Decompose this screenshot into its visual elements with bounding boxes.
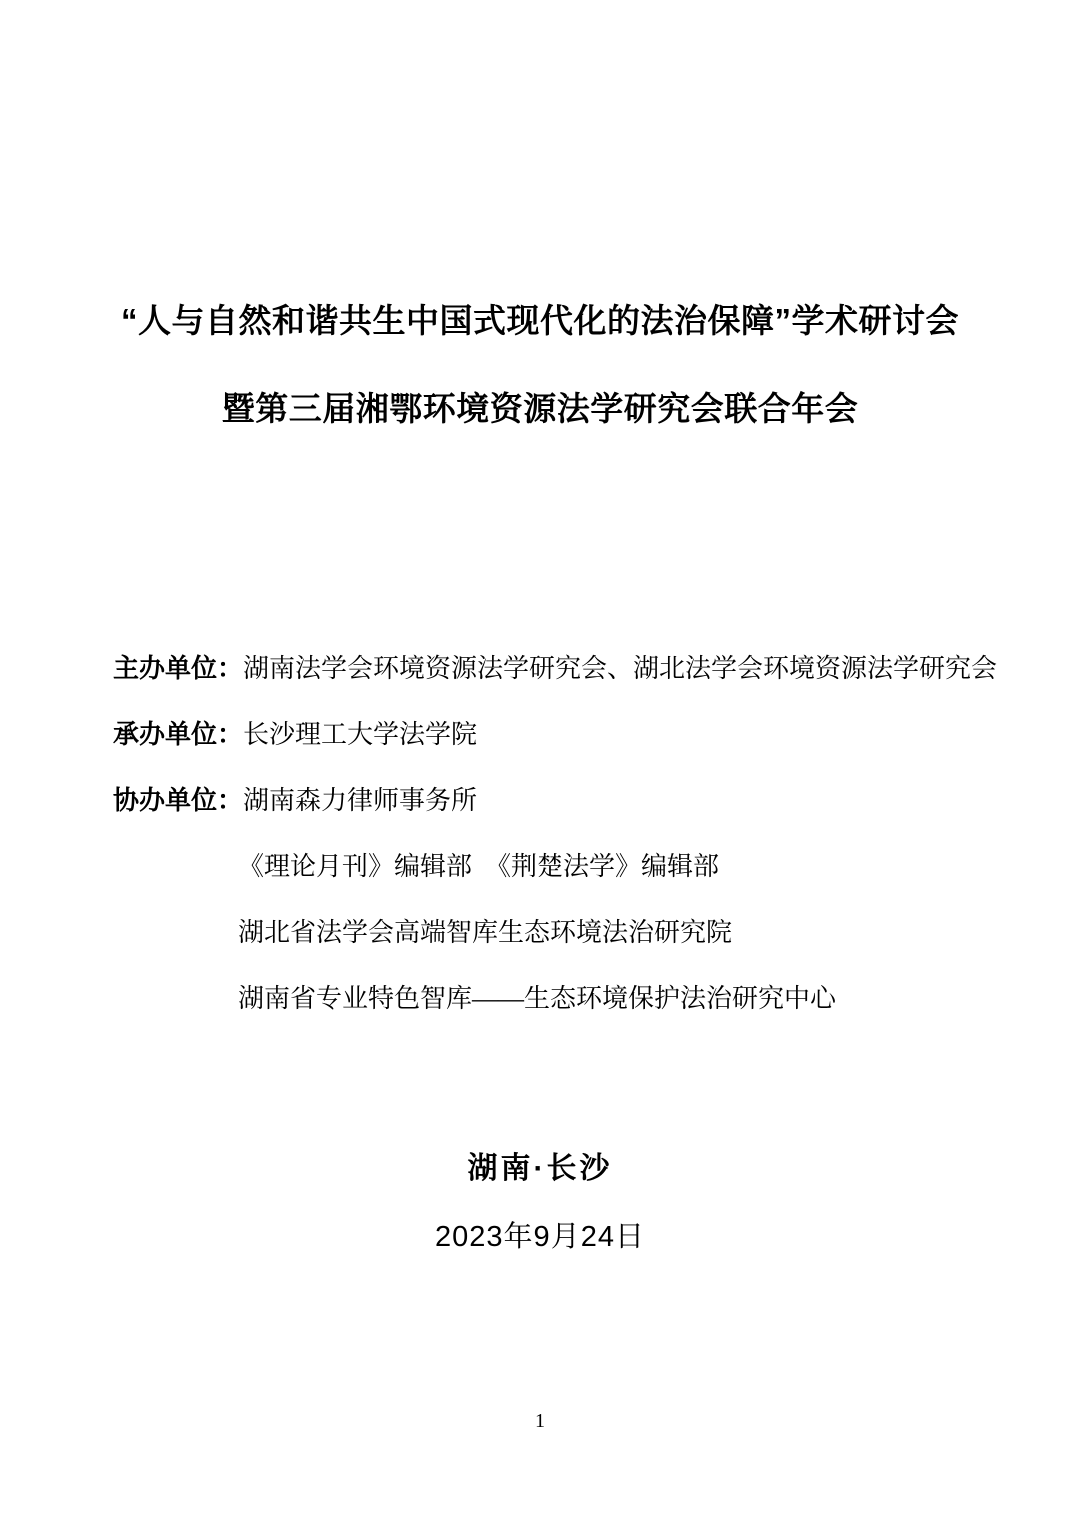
- organizer-row-host: 主办单位： 湖南法学会环境资源法学研究会、湖北法学会环境资源法学研究会: [113, 653, 1013, 684]
- organizer-value-co-organizer: 湖南森力律师事务所: [243, 785, 477, 816]
- organizer-row-co-organizer: 协办单位： 湖南森力律师事务所: [113, 785, 1013, 816]
- document-page: “人与自然和谐共生中国式现代化的法治保障”学术研讨会 暨第三届湘鄂环境资源法学研…: [0, 0, 1080, 1527]
- co-organizer-extra-line-1: 《理论月刊》编辑部 《荆楚法学》编辑部: [238, 851, 998, 882]
- co-organizer-extra-line-3: 湖南省专业特色智库——生态环境保护法治研究中心: [238, 983, 998, 1014]
- document-title-line2: 暨第三届湘鄂环境资源法学研究会联合年会: [0, 390, 1080, 428]
- page-number: 1: [0, 1410, 1080, 1433]
- event-date: 2023年9月24日: [0, 1214, 1080, 1255]
- co-organizer-extra-line-2: 湖北省法学会高端智库生态环境法治研究院: [238, 917, 998, 948]
- organizer-value-host: 湖南法学会环境资源法学研究会、湖北法学会环境资源法学研究会: [243, 653, 997, 684]
- organizer-row-undertaker: 承办单位： 长沙理工大学法学院: [113, 719, 1013, 750]
- organizer-label-undertaker: 承办单位：: [113, 719, 243, 750]
- document-title-line1: “人与自然和谐共生中国式现代化的法治保障”学术研讨会: [0, 302, 1080, 340]
- organizer-value-undertaker: 长沙理工大学法学院: [243, 719, 477, 750]
- event-venue: 湖南·长沙: [0, 1143, 1080, 1187]
- organizer-label-host: 主办单位：: [113, 653, 243, 684]
- organizer-label-co-organizer: 协办单位：: [113, 785, 243, 816]
